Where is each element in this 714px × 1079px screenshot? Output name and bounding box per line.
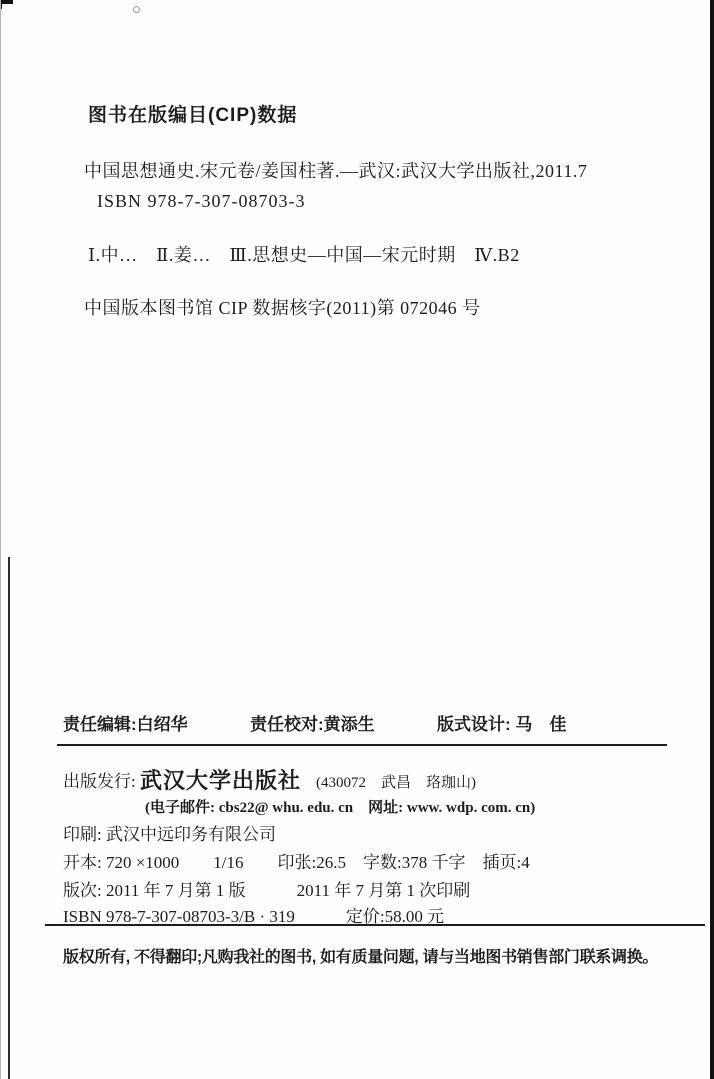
divider-bottom	[45, 924, 705, 926]
format-line: 开本: 720 ×1000 1/16 印张:26.5 字数:378 千字 插页:…	[63, 848, 530, 873]
divider-top	[57, 744, 667, 746]
publisher-name: 武汉大学出版社	[140, 768, 301, 793]
scan-artifact-right-edge	[710, 0, 714, 1079]
scan-artifact-speck	[133, 6, 140, 13]
publisher-address: (430072 武昌 珞珈山)	[301, 775, 476, 791]
cip-isbn: ISBN 978-7-307-08703-3	[97, 191, 306, 212]
cip-record-number: 中国版本图书馆 CIP 数据核字(2011)第 072046 号	[84, 294, 481, 320]
cip-entry: 中国思想通史.宋元卷/姜国柱著.—武汉:武汉大学出版社,2011.7	[84, 157, 587, 183]
scan-artifact-left-hairline	[0, 0, 1, 1079]
book-copyright-page: 图书在版编目(CIP)数据 中国思想通史.宋元卷/姜国柱著.—武汉:武汉大学出版…	[0, 0, 714, 1079]
printer-line: 印刷: 武汉中远印务有限公司	[63, 820, 276, 845]
copyright-notice: 版权所有, 不得翻印;凡购我社的图书, 如有质量问题, 请与当地图书销售部门联系…	[63, 944, 658, 967]
cip-heading: 图书在版编目(CIP)数据	[88, 100, 297, 127]
responsible-proofreader: 责任校对:黄添生	[250, 710, 375, 735]
publisher-label: 出版发行:	[63, 772, 140, 791]
edition-line: 版次: 2011 年 7 月第 1 版 2011 年 7 月第 1 次印刷	[63, 876, 470, 901]
publisher-line: 出版发行: 武汉大学出版社 (430072 武昌 珞珈山)	[63, 763, 476, 794]
layout-designer: 版式设计: 马 佳	[437, 710, 566, 735]
responsible-editor: 责任编辑:白绍华	[63, 710, 188, 735]
publisher-contact: (电子邮件: cbs22@ whu. edu. cn 网址: www. wdp.…	[145, 796, 535, 817]
scan-artifact-left-line	[8, 557, 10, 1079]
cip-classification: Ⅰ.中… Ⅱ.姜… Ⅲ.思想史—中国—宋元时期 Ⅳ.B2	[88, 241, 520, 267]
